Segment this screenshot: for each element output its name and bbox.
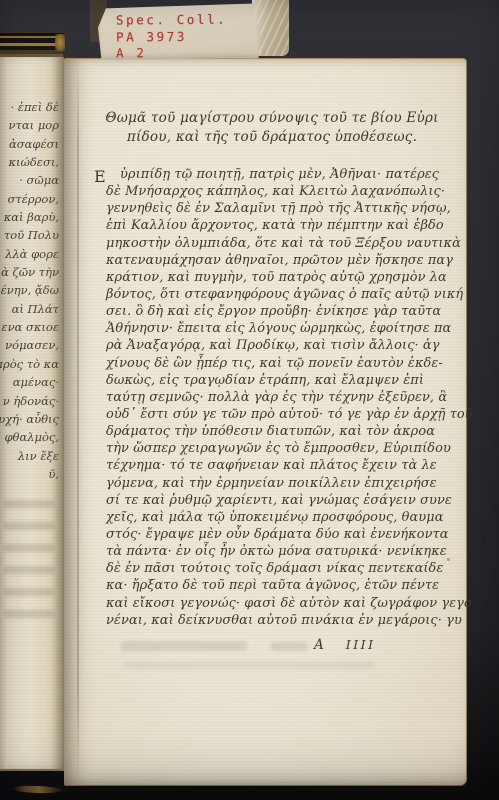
body-text-line: ρὰ Ἀναξαγόρᾳ, καὶ Προδίκῳ, καὶ τισὶν ἄλλ… <box>106 337 444 354</box>
facing-page-line-fragment: λλὰ φορε <box>0 245 59 263</box>
show-through-smudge <box>3 610 55 618</box>
heading-line: πίδου, καὶ τῆς τοῦ δράματος ὑποθέσεως. <box>105 128 439 147</box>
body-text-line: βόντος, ὅτι στεφανηφόρους ἀγῶνας ὁ παῖς … <box>106 286 444 303</box>
body-text-line: τὰ πάντα· ἐν οἷς ἦν ὀκτὼ μόνα σατυρικά· … <box>106 543 444 560</box>
show-through-smudge <box>3 522 55 530</box>
facing-page-line-fragment: στέρρον, <box>0 190 59 208</box>
binding-gilt-bottom-edge <box>12 785 62 794</box>
body-text: ὐριπίδῃ τῷ ποιητῇ, πατρὶς μὲν, Ἀθῆναι· π… <box>106 166 444 629</box>
facing-page-line-endings: · ἐπεὶ δὲνται μορἀσαφέσικιώδεσι,· σῶμαστ… <box>0 98 59 483</box>
body-text-line: δὲ ἐν πᾶσι τούτοις τοῖς δράμασι νίκας πε… <box>106 560 444 577</box>
facing-page-line-fragment: κιώδεσι, <box>0 153 59 171</box>
binding-gilt-top-edge <box>0 31 63 58</box>
show-through-smudge <box>120 641 248 651</box>
body-text-line: σει. ὃ δὴ καὶ εἰς ἔργον προὔβη· ἐνίκησε … <box>106 303 444 320</box>
body-text-line: κα· ἤρξατο δὲ τοῦ περὶ ταῦτα ἀγῶνος, ἐτῶ… <box>106 577 444 594</box>
facing-page-fore-edge: · ἐπεὶ δὲνται μορἀσαφέσικιώδεσι,· σῶμαστ… <box>0 57 64 771</box>
facing-page-line-fragment: · ἐπεὶ δὲ <box>0 98 59 116</box>
facing-page-line-fragment: ν ἡδονάς· <box>0 392 59 410</box>
show-through-smudge <box>3 566 55 574</box>
facing-page-line-fragment: νόμασεν, <box>0 336 59 354</box>
body-text-line: καὶ εἴκοσι γεγονώς· φασὶ δὲ αὐτὸν καὶ ζω… <box>106 595 444 612</box>
facing-page-line-fragment: ιὰ ζῶν τὴν <box>0 263 59 281</box>
body-text-line: δὲ Μνήσαρχος κάπηλος, καὶ Κλειτὼ λαχανόπ… <box>106 183 444 200</box>
facing-page-line-fragment: · σῶμα <box>0 171 59 189</box>
facing-page-line-fragment: ενα σκιοε <box>0 318 59 336</box>
facing-page-line-fragment: ἀσαφέσι <box>0 135 59 153</box>
signature-numeral: ΙΙΙΙ <box>346 637 376 652</box>
show-through-smudge <box>3 544 55 552</box>
printed-page: Θωμᾶ τοῦ μαγίστρου σύνοψις τοῦ τε βίου Ε… <box>64 58 467 786</box>
facing-page-line-fragment: ῦ, <box>0 465 59 483</box>
body-text-line: γόμενα, καὶ τὴν ἑρμηνείαν ποικίλλειν ἐπι… <box>106 475 444 492</box>
shelfmark-collection: Spec. Coll. <box>116 11 260 29</box>
signature-letter: Α <box>314 637 324 653</box>
body-text-line: ταύτῃ σεμνῶς· πολλὰ γὰρ ἐς τὴν τέχνην ἐξ… <box>106 389 444 406</box>
body-text-line: δωκὼς, εἰς τραγῳδίαν ἐτράπη, καὶ ἔλαμψεν… <box>106 372 444 389</box>
facing-page-line-fragment: νται μορ <box>0 116 59 134</box>
show-through-smudge <box>3 500 55 508</box>
show-through-smudge <box>124 661 374 669</box>
body-text-line: νέναι, καὶ δείκνυσθαι αὐτοῦ πινάκια ἐν μ… <box>106 612 444 629</box>
body-text-line: στός· ἔγραψε μὲν οὖν δράματα δύο καὶ ἐνε… <box>106 526 444 543</box>
show-through-smudge <box>3 588 55 596</box>
body-text-line: γεννηθεὶς δὲ ἐν Σαλαμῖνι τῇ πρὸ τῆς Ἀττι… <box>106 200 444 217</box>
body-text-line: Ἀθήνησιν· ἔπειτα εἰς λόγους ὡρμηκὼς, ἐφο… <box>106 320 444 337</box>
body-text-line: ὐριπίδῃ τῷ ποιητῇ, πατρὶς μὲν, Ἀθῆναι· π… <box>106 166 444 183</box>
body-text-line: κράτιον, καὶ πυγμὴν, τοῦ πατρὸς αὐτῷ χρη… <box>106 269 444 286</box>
facing-page-line-fragment: ένην, ᾄδω <box>0 281 59 299</box>
heading-line: Θωμᾶ τοῦ μαγίστρου σύνοψις τοῦ τε βίου Ε… <box>105 109 439 128</box>
facing-page-line-fragment: ὲ τοῦ Πολυ <box>0 226 59 244</box>
gutter-crease <box>77 59 79 785</box>
shelfmark-label: Spec. Coll. PA 3973 A 2 <box>98 3 260 59</box>
body-text-line: κατεναυμάχησαν ἀθηναῖοι, πρῶτον μὲν ἤσκη… <box>106 252 444 269</box>
body-text-line: τὴν ὥσπερ χειραγωγῶν ἐς τὸ ἔμπροσθεν, Εὐ… <box>106 440 444 457</box>
body-text-line: τέχνημα· τό τε σαφήνειαν καὶ πλάτος ἔχει… <box>106 457 444 474</box>
facing-page-line-fragment: υχή· αὖθις <box>0 410 59 428</box>
facing-page-line-fragment: φθαλμὸς, <box>0 428 59 446</box>
body-text-line: ἐπὶ Καλλίου ἄρχοντος, κατὰ τὴν πέμπτην κ… <box>106 217 444 234</box>
initial-capital: Ε <box>94 167 106 186</box>
body-text-line: χίνους δὲ ὢν ᾗπέρ τις, καὶ τῷ πονεῖν ἑαυ… <box>106 355 444 372</box>
body-text-line: μηκοστὴν ὀλυμπιάδα, ὅτε καὶ τὰ τοῦ Ξέρξο… <box>106 235 444 252</box>
facing-page-line-fragment: λιν ἔξε <box>0 447 59 465</box>
shelfmark-classmark: PA 3973 <box>116 28 260 46</box>
facing-page-line-fragment: πρὸς τὸ κα <box>0 355 59 373</box>
facing-page-line-fragment: αμένας· <box>0 373 59 391</box>
quire-signature-mark: ΑΙΙΙΙ <box>314 637 376 653</box>
page-heading: Θωμᾶ τοῦ μαγίστρου σύνοψις τοῦ τε βίου Ε… <box>105 109 439 147</box>
body-text-line: δράματος τὴν ὑπόθεσιν διατυπῶν, καὶ τὸν … <box>106 423 444 440</box>
show-through-smudge <box>270 642 308 651</box>
facing-page-line-fragment: αὶ Πλάτ <box>0 300 59 318</box>
paper-fleck <box>447 558 450 561</box>
facing-page-line-fragment: καὶ βαρὺ, <box>0 208 59 226</box>
body-text-line: οὐδ᾽ ἔστι σύν γε τῶν πρὸ αὐτοῦ· τό γε γὰ… <box>106 406 444 423</box>
body-text-line: χεῖς, καὶ μάλα τῷ ὑποκειμένῳ προσφόρους,… <box>106 509 444 526</box>
body-text-line: σί τε καὶ ῥυθμῷ χαρίεντι, καὶ γνώμας ἐσά… <box>106 492 444 509</box>
book-photograph: · ἐπεὶ δὲνται μορἀσαφέσικιώδεσι,· σῶμαστ… <box>0 0 499 800</box>
